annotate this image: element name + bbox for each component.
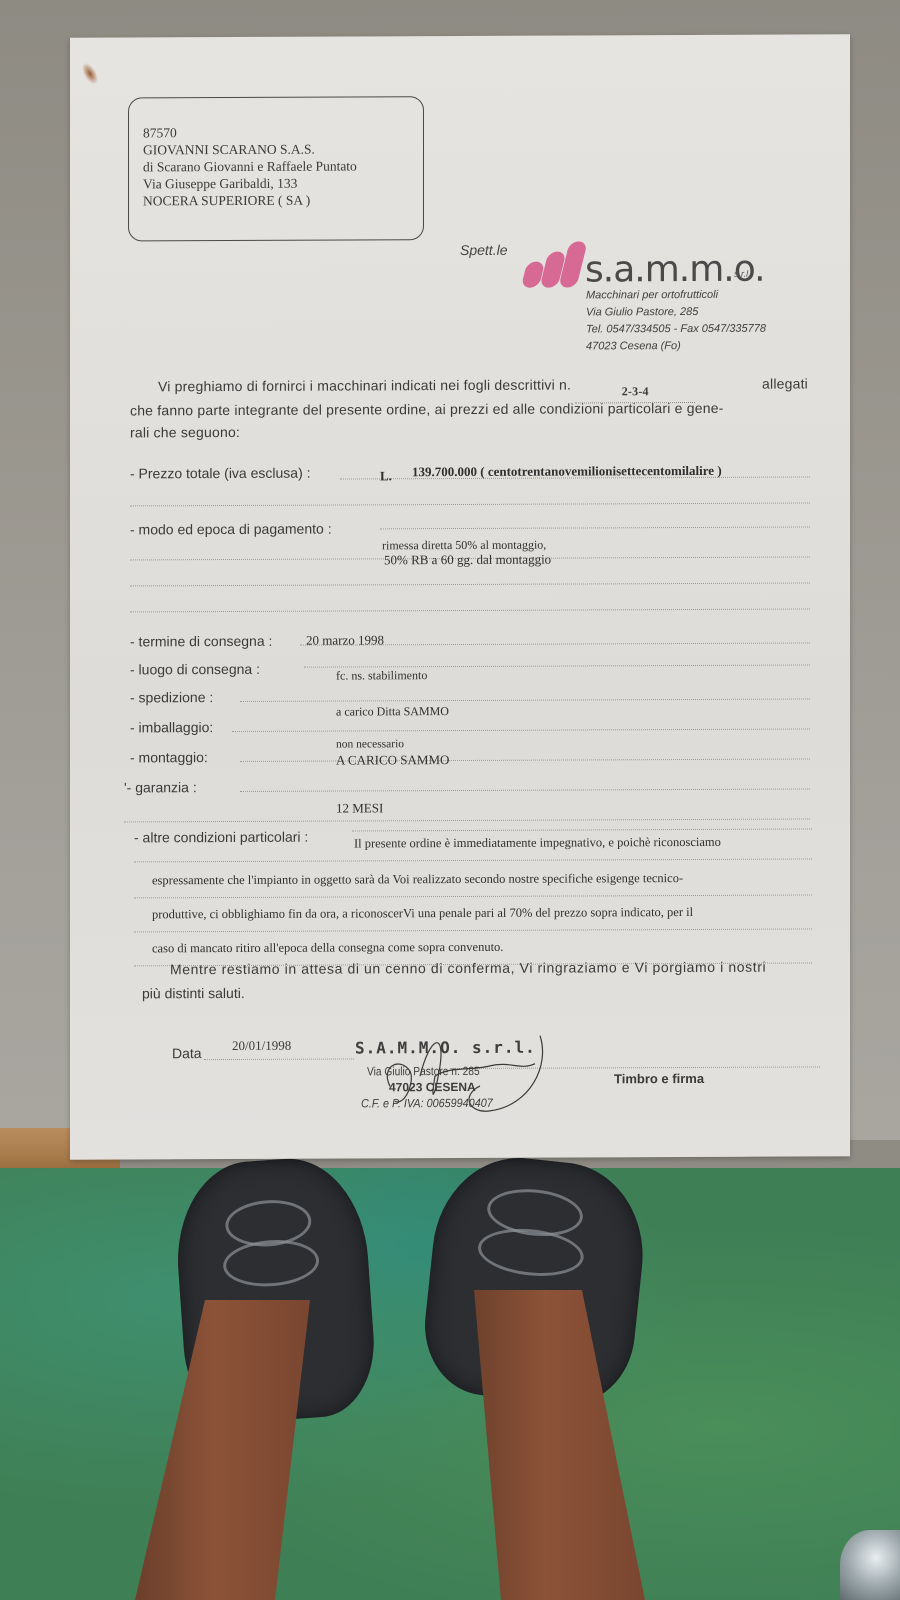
recipient-name: GIOVANNI SCARANO S.A.S. — [143, 140, 357, 158]
company-city: 47023 Cesena (Fo) — [586, 338, 766, 356]
field-warranty: '- garanzia : 12 MESI — [124, 776, 804, 795]
order-document: 87570 GIOVANNI SCARANO S.A.S. di Scarano… — [70, 34, 850, 1159]
signature-label: Timbro e firma — [614, 1071, 704, 1086]
warranty-value: 12 MESI — [336, 800, 383, 816]
intro-line1: Vi preghiamo di fornirci i macchinari in… — [158, 377, 571, 395]
conditions-line-1: Il presente ordine è immediatamente impe… — [354, 835, 721, 852]
price-currency: L. — [380, 468, 392, 484]
delivery-place-label: - luogo di consegna : — [130, 661, 260, 678]
intro-line2: che fanno parte integrante del presente … — [130, 397, 800, 422]
recipient-owners: di Scarano Giovanni e Raffaele Puntato — [143, 157, 357, 175]
recipient-city: NOCERA SUPERIORE ( SA ) — [143, 191, 357, 209]
delivery-term-label: - termine di consegna : — [130, 633, 272, 650]
sheet-numbers: 2-3-4 — [575, 380, 695, 404]
closing-line1: Mentre restiamo in attesa di un cenno di… — [142, 954, 822, 981]
date-value: 20/01/1998 — [232, 1038, 291, 1054]
price-label: - Prezzo totale (iva esclusa) : — [130, 465, 311, 482]
assembly-label: - montaggio: — [130, 749, 208, 765]
payment-line2: 50% RB a 60 gg. dal montaggio — [384, 552, 551, 569]
conditions-line-2: espressamente che l'impianto in oggetto … — [152, 871, 683, 888]
recipient-code: 87570 — [143, 123, 357, 141]
packaging-label: - imballaggio: — [130, 719, 213, 735]
field-price: - Prezzo totale (iva esclusa) : L. 139.7… — [130, 462, 810, 481]
field-delivery-term: - termine di consegna : 20 marzo 1998 — [130, 630, 810, 649]
handwritten-signature — [360, 1026, 560, 1117]
conditions-line-4: caso di mancato ritiro all'epoca della c… — [152, 940, 503, 957]
salutation: Spett.le — [460, 242, 507, 258]
closing-paragraph: Mentre restiamo in attesa di un cenno di… — [142, 954, 822, 1005]
assembly-value: A CARICO SAMMO — [336, 752, 449, 768]
price-value: 139.700.000 ( centotrentanovemilionisett… — [412, 463, 722, 480]
company-address: Via Giulio Pastore, 285 — [586, 304, 766, 322]
field-assembly: - montaggio: A CARICO SAMMO — [130, 746, 810, 765]
sammo-logo-icon — [518, 237, 588, 287]
other-conditions-label: - altre condizioni particolari : — [134, 829, 308, 846]
field-payment: - modo ed epoca di pagamento : rimessa d… — [130, 518, 810, 537]
company-phone-fax: Tel. 0547/334505 - Fax 0547/335778 — [586, 321, 766, 339]
recipient-address-box: 87570 GIOVANNI SCARANO S.A.S. di Scarano… — [128, 96, 424, 241]
intro-line3: rali che seguono: — [130, 419, 800, 444]
recipient-street: Via Giuseppe Garibaldi, 133 — [143, 174, 357, 192]
brand-suffix: s.r.l. — [734, 269, 751, 279]
date-label: Data — [172, 1045, 202, 1061]
warranty-label: '- garanzia : — [124, 779, 197, 795]
shipping-label: - spedizione : — [130, 689, 213, 705]
delivery-term-value: 20 marzo 1998 — [306, 632, 384, 648]
field-delivery-place: - luogo di consegna : fc. ns. stabilimen… — [130, 658, 810, 677]
intro-paragraph: Vi preghiamo di fornirci i macchinari in… — [130, 373, 800, 444]
closing-line2: più distinti saluti. — [142, 978, 822, 1005]
bottle-cap — [840, 1530, 900, 1600]
company-info: Macchinari per ortofrutticoli Via Giulio… — [586, 287, 766, 356]
delivery-place-value: fc. ns. stabilimento — [336, 668, 427, 683]
rust-stain — [79, 60, 101, 87]
company-tagline: Macchinari per ortofrutticoli — [586, 287, 766, 305]
payment-label: - modo ed epoca di pagamento : — [130, 521, 332, 538]
conditions-line-3: produttive, ci obblighiamo fin da ora, a… — [152, 905, 693, 922]
intro-allegati: allegati — [762, 372, 808, 394]
field-packaging: - imballaggio: non necessario — [130, 716, 810, 735]
field-shipping: - spedizione : a carico Ditta SAMMO — [130, 686, 810, 705]
